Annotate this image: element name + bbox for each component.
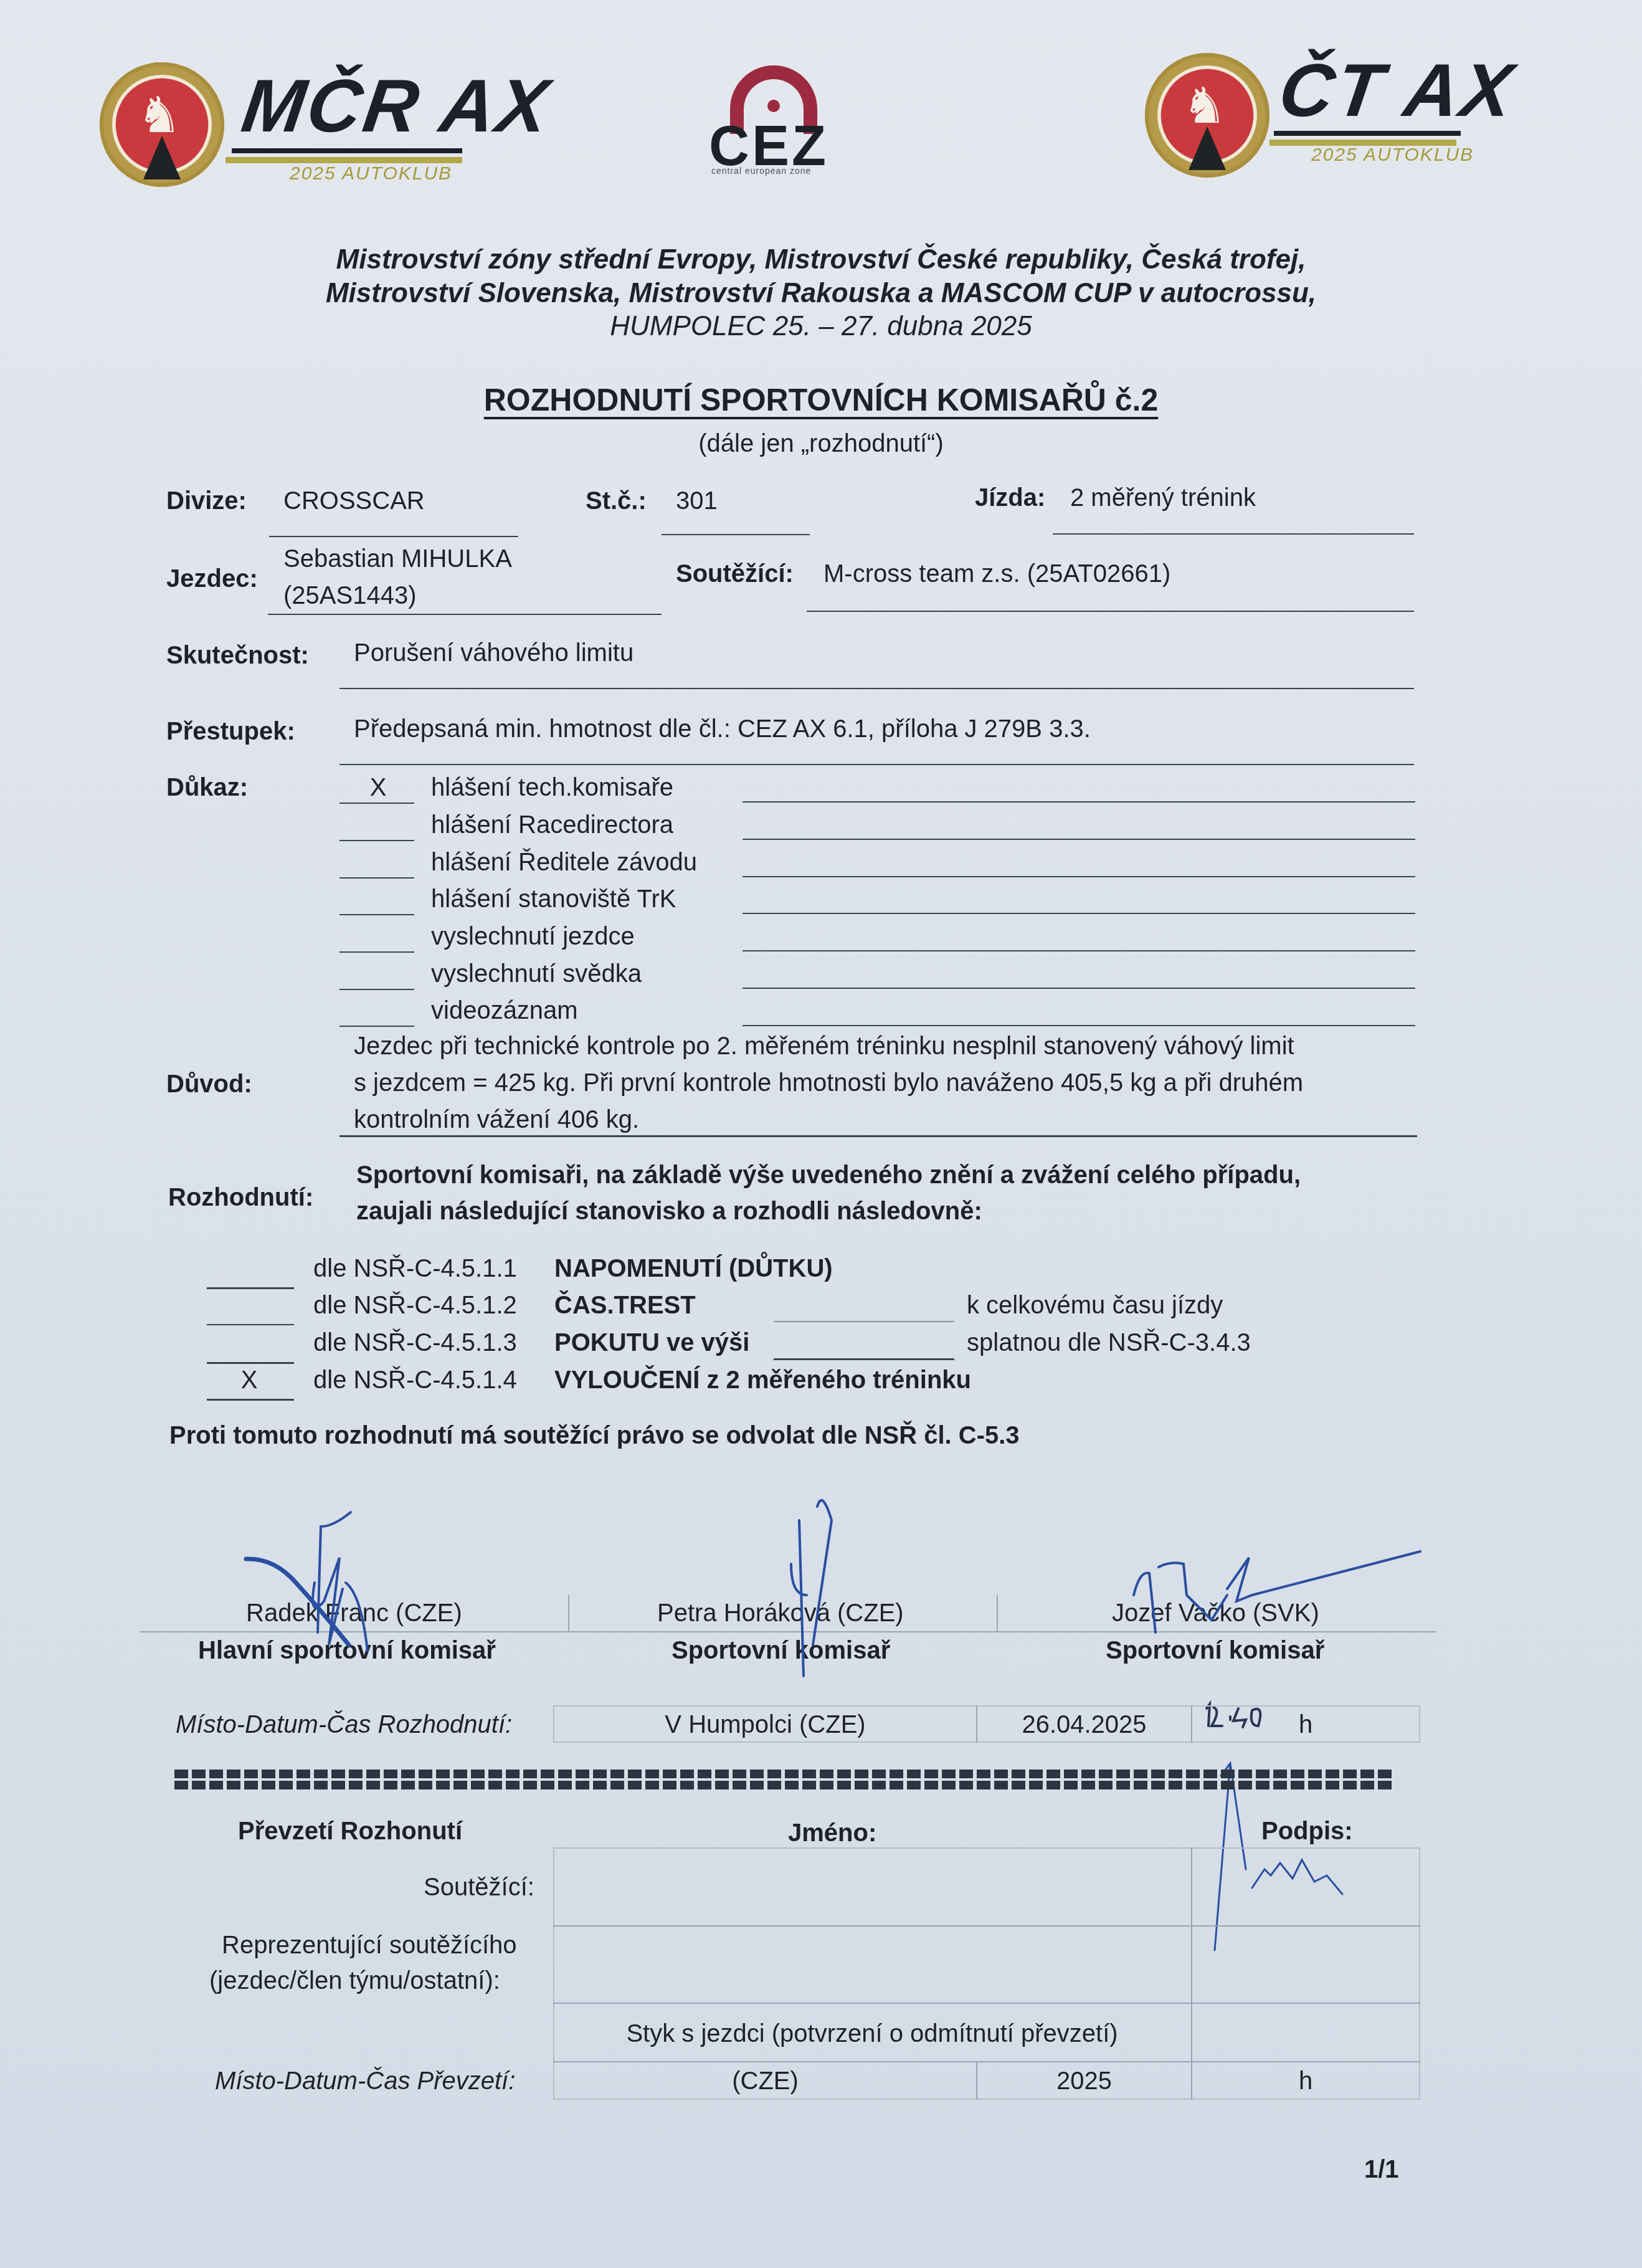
dukaz-checkbox-mark[interactable]: X bbox=[369, 773, 387, 803]
jezdec-license: (25AS1443) bbox=[283, 581, 416, 611]
soutezici-label: Soutěžící: bbox=[676, 559, 794, 589]
divize-label: Divize: bbox=[166, 486, 247, 516]
document-title: ROZHODNUTÍ SPORTOVNÍCH KOMISAŘŮ č.2 bbox=[484, 383, 1159, 417]
document-title-wrap: ROZHODNUTÍ SPORTOVNÍCH KOMISAŘŮ č.2 bbox=[0, 381, 1642, 419]
receipt-soutezici-label: Soutěžící: bbox=[424, 1872, 534, 1902]
penalty-checkbox-line bbox=[207, 1324, 294, 1325]
penalty-rule: dle NSŘ-C-4.5.1.3 bbox=[313, 1328, 517, 1358]
logo-right-subtitle: 2025 AUTOKLUB bbox=[1311, 145, 1474, 166]
receipt-soutezici-name-field[interactable] bbox=[554, 1849, 1190, 1924]
prestupek-value: Předepsaná min. hmotnost dle čl.: CEZ AX… bbox=[354, 714, 1091, 744]
dukaz-note-line bbox=[743, 876, 1415, 877]
cell-divider bbox=[1191, 1705, 1192, 1743]
skutecnost-underline bbox=[339, 688, 1414, 689]
receipt-rep-label-line2: (jezdec/člen týmu/ostatní): bbox=[209, 1966, 500, 1996]
dukaz-checkbox-line bbox=[339, 951, 414, 953]
dukaz-checkbox-line bbox=[339, 914, 414, 915]
separator-line bbox=[174, 1770, 1395, 1778]
receipt-name-header: Jméno: bbox=[788, 1818, 876, 1848]
dukaz-item-label: vyslechnutí jezdce bbox=[431, 922, 635, 951]
separator-line bbox=[174, 1781, 1395, 1789]
signature-column-divider bbox=[997, 1595, 998, 1632]
receipt-rep-label-line1: Reprezentující soutěžícího bbox=[222, 1930, 517, 1960]
dukaz-note-line bbox=[743, 950, 1415, 951]
receipt-rep-signature-field[interactable] bbox=[1192, 1927, 1419, 2001]
decision-date-value: 26.04.2025 bbox=[977, 1710, 1191, 1740]
dukaz-label: Důkaz: bbox=[166, 773, 248, 803]
dukaz-checkbox-line bbox=[339, 877, 414, 879]
stc-underline bbox=[662, 534, 810, 535]
decision-time-unit: h bbox=[1299, 1710, 1312, 1740]
dukaz-item-label: videozáznam bbox=[431, 996, 578, 1026]
document-subtitle: (dále jen „rozhodnutí“) bbox=[0, 429, 1642, 459]
page-number: 1/1 bbox=[1364, 2155, 1399, 2185]
penalty-checkbox-line bbox=[207, 1287, 294, 1289]
dukaz-note-line bbox=[743, 1025, 1415, 1026]
dukaz-checkbox-line bbox=[339, 840, 414, 841]
duvod-line2: s jezdcem = 425 kg. Při první kontrole h… bbox=[354, 1068, 1303, 1098]
autoklub-seal-icon: ♞ bbox=[100, 62, 224, 187]
dukaz-checkbox-line bbox=[339, 803, 414, 804]
penalty-checkbox-line bbox=[207, 1399, 294, 1401]
logo-left-bar-gold bbox=[225, 157, 462, 163]
signatory-role: Hlavní sportovní komisař bbox=[198, 1636, 496, 1665]
event-title-line1: Mistrovství zóny střední Evropy, Mistrov… bbox=[0, 244, 1642, 275]
decision-place-value: V Humpolci (CZE) bbox=[554, 1710, 976, 1740]
event-title-line2: Mistrovství Slovenska, Mistrovství Rakou… bbox=[0, 278, 1642, 309]
divize-value: CROSSCAR bbox=[283, 486, 425, 516]
dukaz-item-label: hlášení tech.komisaře bbox=[431, 773, 673, 803]
jizda-underline bbox=[1053, 533, 1414, 535]
receipt-place-label: Místo-Datum-Čas Převzetí: bbox=[215, 2066, 515, 2096]
skutecnost-value: Porušení váhového limitu bbox=[354, 638, 634, 668]
fine-amount-input-line[interactable] bbox=[774, 1358, 954, 1360]
rozhodnuti-label: Rozhodnutí: bbox=[168, 1183, 313, 1213]
stc-value: 301 bbox=[676, 486, 718, 516]
signatory-role: Sportovní komisař bbox=[1106, 1636, 1324, 1665]
duvod-line3: kontrolním vážení 406 kg. bbox=[354, 1105, 639, 1135]
jizda-label: Jízda: bbox=[975, 483, 1045, 513]
prestupek-underline bbox=[339, 764, 1414, 765]
signature-divider bbox=[140, 1631, 1436, 1632]
dukaz-checkbox-line bbox=[339, 1026, 414, 1027]
time-penalty-input-line[interactable] bbox=[774, 1321, 954, 1322]
appeal-notice: Proti tomuto rozhodnutí má soutěžící prá… bbox=[169, 1421, 1020, 1451]
penalty-suffix: splatnou dle NSŘ-C-3.4.3 bbox=[967, 1328, 1251, 1358]
jezdec-name: Sebastian MIHULKA bbox=[283, 544, 512, 574]
dukaz-item-label: hlášení stanoviště TrK bbox=[431, 884, 676, 914]
receipt-rep-name-field[interactable] bbox=[554, 1927, 1190, 2001]
signature-column-divider bbox=[568, 1595, 569, 1632]
dukaz-checkbox-line bbox=[339, 989, 414, 990]
penalty-rule: dle NSŘ-C-4.5.1.2 bbox=[313, 1290, 517, 1320]
penalty-checkbox-mark[interactable]: X bbox=[230, 1365, 268, 1395]
jezdec-underline bbox=[268, 614, 662, 615]
rozhodnuti-line1: Sportovní komisaři, na základě výše uved… bbox=[356, 1160, 1301, 1190]
autoklub-seal-icon: ♞ bbox=[1145, 53, 1269, 178]
penalty-name: ČAS.TREST bbox=[554, 1290, 696, 1320]
receipt-signature-header: Podpis: bbox=[1261, 1816, 1353, 1846]
dukaz-note-line bbox=[743, 913, 1415, 914]
signatory-name: Jozef Vačko (SVK) bbox=[1112, 1598, 1319, 1628]
dukaz-note-line bbox=[743, 801, 1415, 803]
skutecnost-label: Skutečnost: bbox=[166, 641, 309, 670]
duvod-line1: Jezdec při technické kontrole po 2. měře… bbox=[354, 1031, 1294, 1061]
logo-left-title: MČR AX bbox=[238, 69, 556, 143]
duvod-label: Důvod: bbox=[166, 1069, 252, 1099]
decision-place-label: Místo-Datum-Čas Rozhodnutí: bbox=[176, 1710, 512, 1740]
receipt-date-value: 2025 bbox=[977, 2066, 1191, 2096]
penalty-name: POKUTU ve výši bbox=[554, 1328, 749, 1358]
receipt-time-unit: h bbox=[1192, 2066, 1419, 2096]
row-divider bbox=[553, 2061, 1420, 2062]
dukaz-item-label: hlášení Racedirectora bbox=[431, 810, 673, 840]
logo-left-bar bbox=[232, 148, 462, 153]
penalty-rule: dle NSŘ-C-4.5.1.4 bbox=[313, 1365, 517, 1395]
logo-right-bar bbox=[1274, 131, 1461, 136]
penalty-checkbox-line bbox=[207, 1362, 294, 1364]
signatory-name: Radek Franc (CZE) bbox=[246, 1598, 462, 1628]
penalty-rule: dle NSŘ-C-4.5.1.1 bbox=[313, 1254, 517, 1284]
penalty-name: VYLOUČENÍ z 2 měřeného tréninku bbox=[554, 1365, 971, 1395]
penalty-suffix: k celkovému času jízdy bbox=[967, 1290, 1223, 1320]
decision-document: ♞ MČR AX 2025 AUTOKLUB CEZ central europ… bbox=[0, 0, 1642, 2268]
event-location-date: HUMPOLEC 25. – 27. dubna 2025 bbox=[0, 311, 1642, 342]
jezdec-label: Jezdec: bbox=[166, 564, 258, 594]
rozhodnuti-line2: zaujali následující stanovisko a rozhodl… bbox=[356, 1196, 982, 1226]
soutezici-value: M-cross team z.s. (25AT02661) bbox=[823, 559, 1170, 589]
signatory-role: Sportovní komisař bbox=[672, 1636, 890, 1665]
receipt-refusal-note: Styk s jezdci (potvrzení o odmítnutí pře… bbox=[554, 2019, 1190, 2049]
dukaz-item-label: hlášení Ředitele závodu bbox=[431, 847, 697, 877]
logo-left-subtitle: 2025 AUTOKLUB bbox=[290, 163, 452, 184]
divize-underline bbox=[269, 536, 518, 537]
receipt-title: Převzetí Rozhonutí bbox=[238, 1816, 462, 1846]
cez-dot-icon bbox=[767, 100, 780, 112]
dukaz-note-line bbox=[743, 839, 1415, 840]
penalty-name: NAPOMENUTÍ (DŮTKU) bbox=[554, 1254, 833, 1284]
signatory-name: Petra Horáková (CZE) bbox=[657, 1598, 904, 1628]
duvod-underline bbox=[339, 1135, 1417, 1137]
prestupek-label: Přestupek: bbox=[166, 717, 295, 746]
logo-center-subtitle: central european zone bbox=[711, 166, 811, 176]
jizda-value: 2 měřený trénink bbox=[1070, 483, 1256, 513]
stc-label: St.č.: bbox=[586, 486, 647, 516]
receipt-soutezici-signature-field[interactable] bbox=[1192, 1849, 1419, 1924]
logo-right-title: ČT AX bbox=[1275, 53, 1519, 128]
receipt-place-value: (CZE) bbox=[554, 2066, 976, 2096]
dukaz-item-label: vyslechnutí svědka bbox=[431, 959, 642, 989]
dukaz-note-line bbox=[743, 988, 1415, 989]
row-divider bbox=[553, 2003, 1420, 2004]
soutezici-underline bbox=[807, 611, 1414, 612]
